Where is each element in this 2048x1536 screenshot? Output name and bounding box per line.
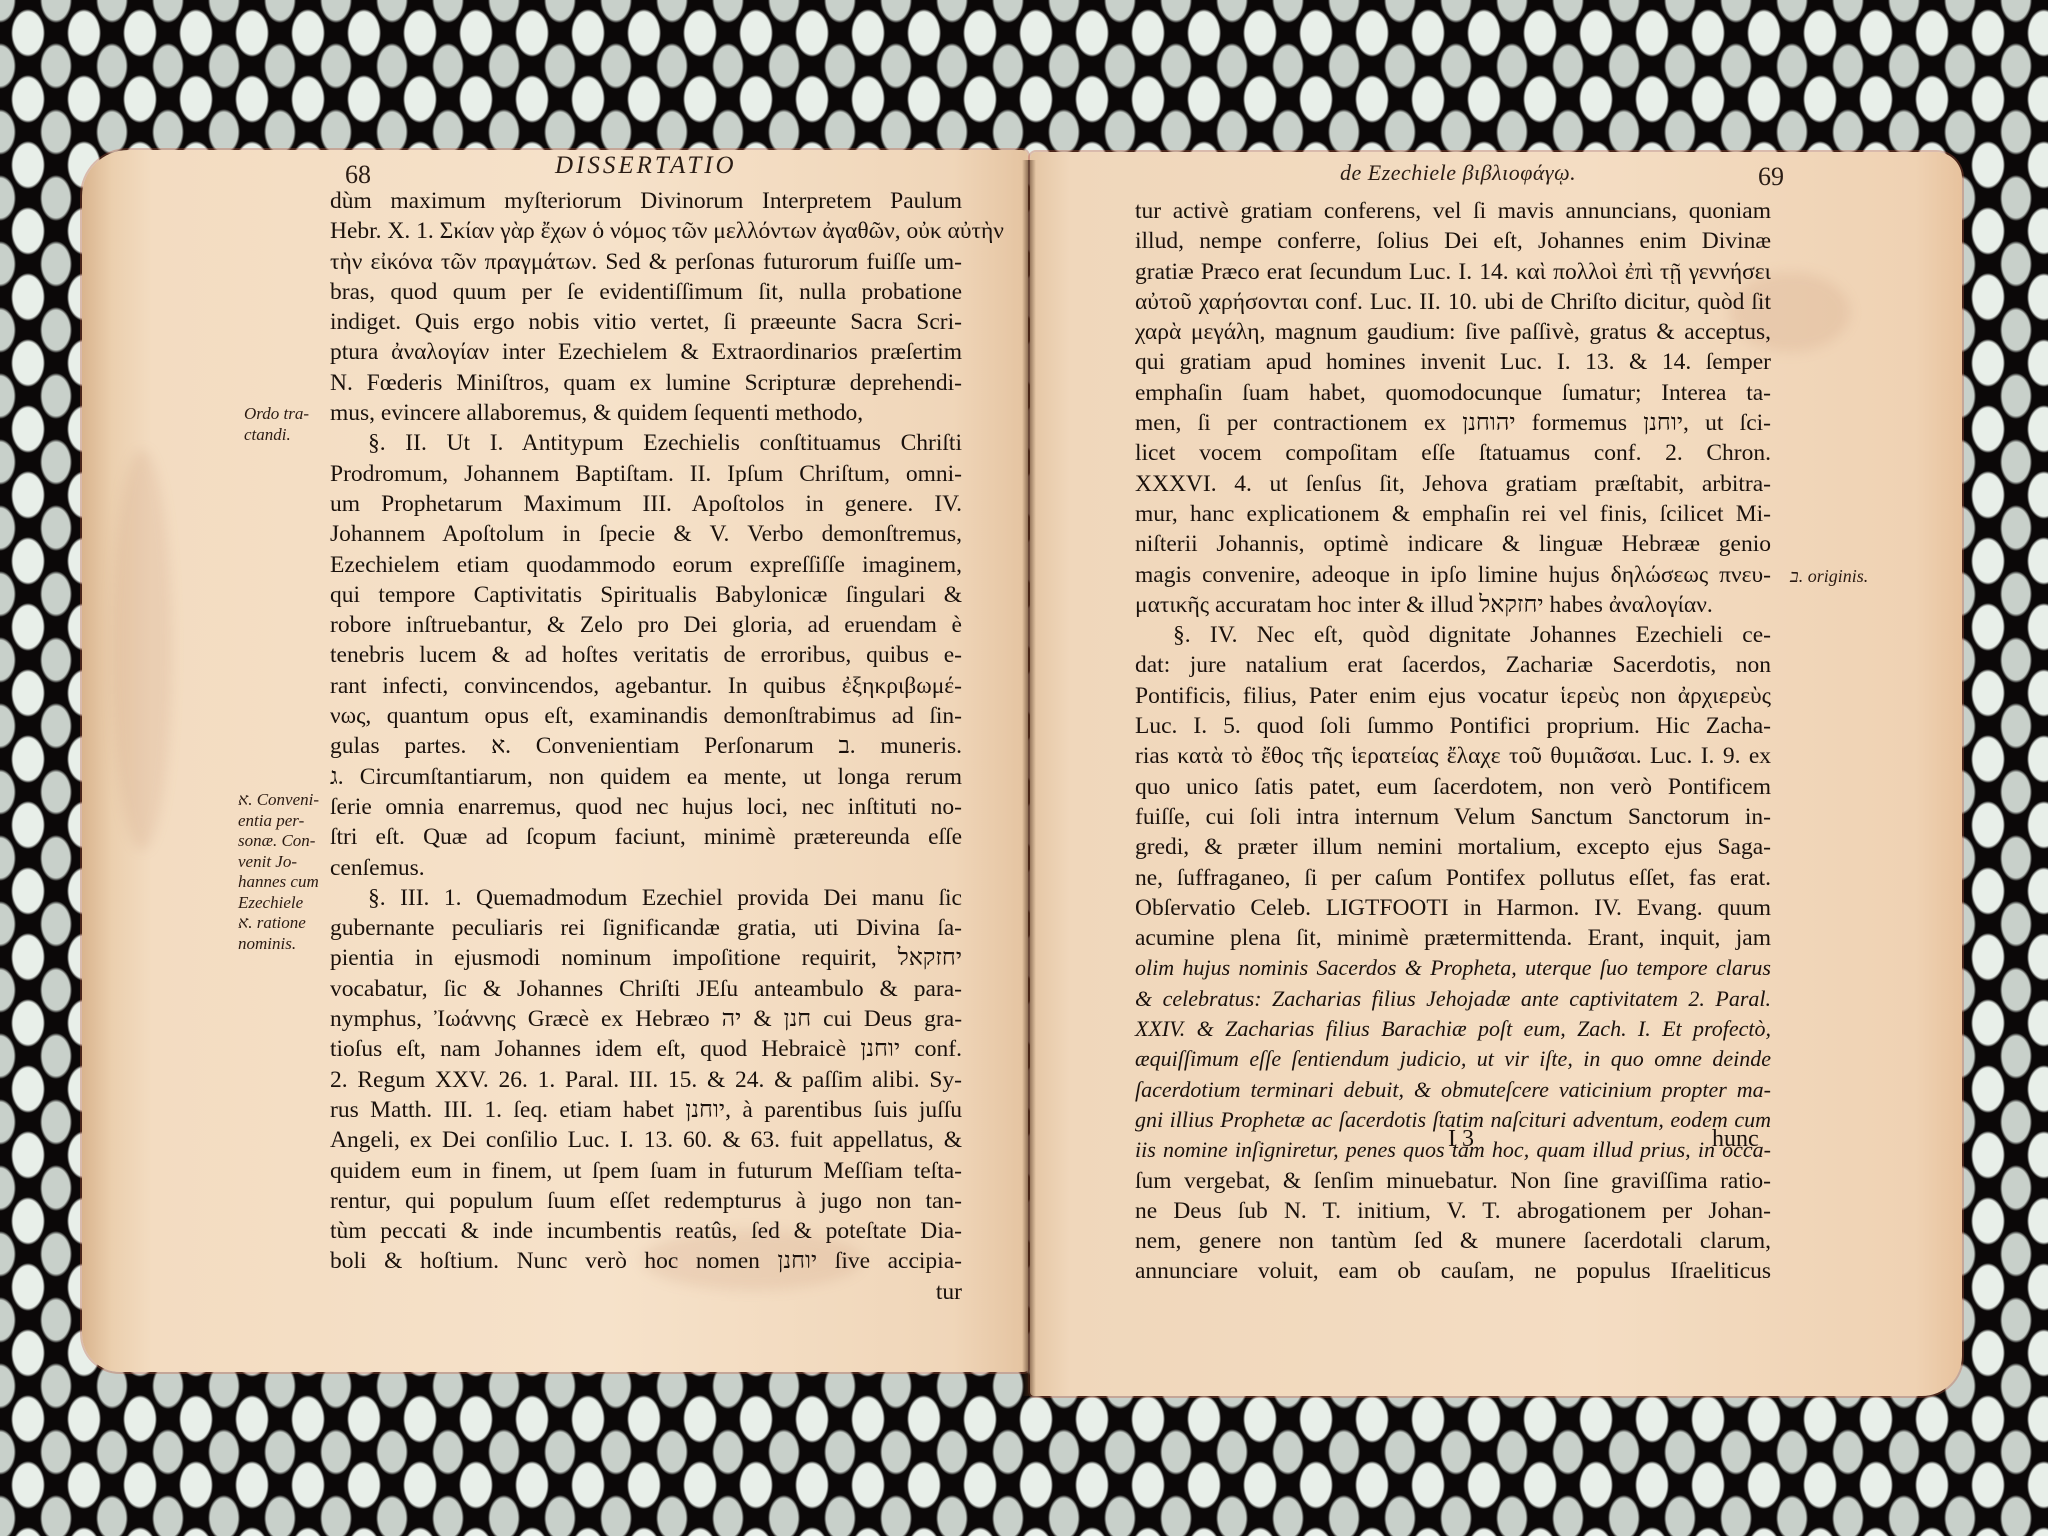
page-number-right: 69 bbox=[1758, 162, 1784, 192]
text-line: vocabatur, ſic & Johannes Chriſti JEſu a… bbox=[330, 974, 962, 1004]
text-line: bras, quod quum per ſe evidentiſſimum ſi… bbox=[330, 277, 962, 307]
text-line: quidem eum in finem, ut ſpem ſuam in fut… bbox=[330, 1156, 962, 1186]
text-line: pientia in ejusmodi nominum impoſitione … bbox=[330, 943, 962, 973]
text-line: ג. Circumſtantiarum, non quidem ea mente… bbox=[330, 762, 962, 792]
text-line: Obſervatio Celeb. LIGTFOOTI in Harmon. I… bbox=[1135, 893, 1771, 923]
margin-note-originis: ב. originis. bbox=[1790, 566, 1868, 587]
text-line: ματικῆς accuratam hoc inter & illud יחזק… bbox=[1135, 590, 1771, 620]
text-line: Hebr. X. 1. Σκίαν γὰρ ἔχων ὁ νόμος τῶν μ… bbox=[330, 216, 962, 246]
text-line: dùm maximum myſteriorum Divinorum Interp… bbox=[330, 186, 962, 216]
running-head-right: de Ezechiele βιβλιοφάγῳ. bbox=[1340, 160, 1576, 186]
text-line: qui gratiam apud homines invenit Luc. I.… bbox=[1135, 347, 1771, 377]
text-line: ſtri eſt. Quæ ad ſcopum faciunt, minimè … bbox=[330, 822, 962, 852]
catchword-right: hunc bbox=[1712, 1126, 1759, 1153]
text-line: indiget. Quis ergo nobis vitio vertet, ſ… bbox=[330, 307, 962, 337]
margin-note-line: א. ratione bbox=[238, 913, 319, 934]
text-line: cenſemus. bbox=[330, 853, 962, 883]
margin-note-line: entia per- bbox=[238, 811, 319, 832]
text-line: τὴν εἰκόνα τῶν πραγμάτων. Sed & perſonas… bbox=[330, 247, 962, 277]
catchword-left: tur bbox=[330, 1277, 962, 1307]
margin-note-line: sonæ. Con- bbox=[238, 831, 319, 852]
margin-note-line: venit Jo- bbox=[238, 852, 319, 873]
section-heading-line: §. III. 1. Quemadmodum Ezechiel provida … bbox=[330, 883, 962, 913]
quotation-line: XXIV. & Zacharias filius Barachiæ poſt e… bbox=[1135, 1014, 1771, 1044]
text-line: boli & hoſtium. Nunc verò hoc nomen יוחנ… bbox=[330, 1246, 962, 1276]
text-line: νως, quantum opus eſt, examinandis demon… bbox=[330, 701, 962, 731]
right-page-body-text: tur activè gratiam conferens, vel ſi mav… bbox=[1135, 196, 1771, 1287]
text-line: nymphus, Ἰωάννης Græcè ex Hebræo חנן & י… bbox=[330, 1004, 962, 1034]
text-line: Pontificis, filius, Pater enim ejus voca… bbox=[1135, 681, 1771, 711]
text-line: αὐτοῦ χαρήσονται conf. Luc. II. 10. ubi … bbox=[1135, 287, 1771, 317]
text-line: ne, ſuffraganeo, ſi per caſum Pontifex p… bbox=[1135, 863, 1771, 893]
text-line: emphaſin ſuam habet, quomodocunque ſumat… bbox=[1135, 378, 1771, 408]
text-line: mus, evincere allaboremus, & quidem ſequ… bbox=[330, 398, 962, 428]
text-line: gredi, & præter illum nemini mortalium, … bbox=[1135, 832, 1771, 862]
text-line: quo unico ſatis patet, eum ſacerdotem, n… bbox=[1135, 772, 1771, 802]
text-line: ne Deus ſub N. T. initium, V. T. abrogat… bbox=[1135, 1196, 1771, 1226]
margin-note-ordo: Ordo tra- ctandi. bbox=[244, 404, 309, 445]
text-line: N. Fœderis Miniſtros, quam ex lumine Scr… bbox=[330, 368, 962, 398]
text-line: Ezechielem etiam quodammodo eorum expreſ… bbox=[330, 550, 962, 580]
text-line: XXXVI. 4. ut ſenſus ſit, Jehova gratiam … bbox=[1135, 469, 1771, 499]
book-gutter bbox=[1022, 160, 1036, 1396]
margin-note-line: ב. originis. bbox=[1790, 566, 1868, 587]
text-line: ſum vergebat, & ſenſim minuebatur. Non ſ… bbox=[1135, 1166, 1771, 1196]
text-line: Angeli, ex Dei conſilio Luc. I. 13. 60. … bbox=[330, 1125, 962, 1155]
text-line: gubernante peculiaris rei ſignificandæ g… bbox=[330, 913, 962, 943]
text-line: rias κατὰ τὸ ἔθος τῆς ἱερατείας ἔλαχε το… bbox=[1135, 741, 1771, 771]
left-page-body-text: dùm maximum myſteriorum Divinorum Interp… bbox=[330, 186, 962, 1307]
text-line: ſerie omnia enarremus, quod nec hujus lo… bbox=[330, 792, 962, 822]
text-line: licet vocem compoſitam eſſe ſtatuamus co… bbox=[1135, 438, 1771, 468]
quotation-line: & celebratus: Zacharias filius Jehojadæ … bbox=[1135, 984, 1771, 1014]
text-line: annunciare voluit, eam ob cauſam, ne pop… bbox=[1135, 1256, 1771, 1286]
margin-note-line: Ordo tra- bbox=[244, 404, 309, 425]
margin-note-line: Ezechiele bbox=[238, 893, 319, 914]
margin-note-line: ctandi. bbox=[244, 425, 309, 446]
text-line: χαρὰ μεγάλη, magnum gaudium: ſive paſſiv… bbox=[1135, 317, 1771, 347]
quotation-line: olim hujus nominis Sacerdos & Propheta, … bbox=[1135, 953, 1771, 983]
text-line: illud, nempe conferre, ſolius Dei eſt, J… bbox=[1135, 226, 1771, 256]
section-heading-line: §. II. Ut I. Antitypum Ezechielis conſti… bbox=[330, 428, 962, 458]
text-line: qui tempore Captivitatis Spiritualis Bab… bbox=[330, 580, 962, 610]
margin-note-line: nominis. bbox=[238, 934, 319, 955]
text-line: mur, hanc explicationem & emphaſin rei v… bbox=[1135, 499, 1771, 529]
text-line: magis convenire, adeoque in ipſo limine … bbox=[1135, 560, 1771, 590]
quotation-line: ſacerdotium terminari debuit, & obmuteſc… bbox=[1135, 1075, 1771, 1105]
text-line: Luc. I. 5. quod ſoli ſummo Pontifici pro… bbox=[1135, 711, 1771, 741]
text-line: Johannem Apoſtolum in ſpecie & V. Verbo … bbox=[330, 519, 962, 549]
running-head-left: DISSERTATIO bbox=[555, 152, 737, 180]
text-line: tioſus eſt, nam Johannes idem eſt, quod … bbox=[330, 1034, 962, 1064]
text-line: gratiæ Præco erat ſecundum Luc. I. 14. κ… bbox=[1135, 257, 1771, 287]
text-line: niſterii Johannis, optimè indicare & lin… bbox=[1135, 529, 1771, 559]
text-line: tur activè gratiam conferens, vel ſi mav… bbox=[1135, 196, 1771, 226]
text-line: um Prophetarum Maximum III. Apoſtolos in… bbox=[330, 489, 962, 519]
text-line: tenebris lucem & ad hoſtes veritatis de … bbox=[330, 640, 962, 670]
margin-note-convenientia: א. Conveni- entia per- sonæ. Con- venit … bbox=[238, 790, 319, 954]
signature-mark: I 3 bbox=[1448, 1126, 1474, 1153]
text-line: Prodromum, Johannem Baptiſtam. II. Ipſum… bbox=[330, 459, 962, 489]
text-line: nem, genere non tantùm ſed & munere ſace… bbox=[1135, 1226, 1771, 1256]
text-line: fuiſſe, cui ſoli intra internum Velum Sa… bbox=[1135, 802, 1771, 832]
text-line: ptura ἀναλογίαν inter Ezechielem & Extra… bbox=[330, 337, 962, 367]
text-line: rant infecti, convincendos, agebantur. I… bbox=[330, 671, 962, 701]
text-line: gulas partes. א. Convenientiam Perſonaru… bbox=[330, 731, 962, 761]
margin-note-line: א. Conveni- bbox=[238, 790, 319, 811]
text-line: rentur, qui populum ſuum eſſet redemptur… bbox=[330, 1186, 962, 1216]
margin-note-line: hannes cum bbox=[238, 872, 319, 893]
text-line: rus Matth. III. 1. ſeq. etiam habet יוחנ… bbox=[330, 1095, 962, 1125]
text-line: dat: jure natalium erat ſacerdos, Zachar… bbox=[1135, 650, 1771, 680]
text-line: tùm peccati & inde incumbentis reatûs, ſ… bbox=[330, 1216, 962, 1246]
text-line: acumine plena ſit, minimè prætermittenda… bbox=[1135, 923, 1771, 953]
section-heading-line: §. IV. Nec eſt, quòd dignitate Johannes … bbox=[1135, 620, 1771, 650]
text-line: 2. Regum XXV. 26. 1. Paral. III. 15. & 2… bbox=[330, 1065, 962, 1095]
quotation-line: æquiſſimum eſſe ſentiendum judicio, ut v… bbox=[1135, 1044, 1771, 1074]
text-line: robore inſtruebantur, & Zelo pro Dei glo… bbox=[330, 610, 962, 640]
text-line: men, ſi per contractionem ex יהוחנן form… bbox=[1135, 408, 1771, 438]
